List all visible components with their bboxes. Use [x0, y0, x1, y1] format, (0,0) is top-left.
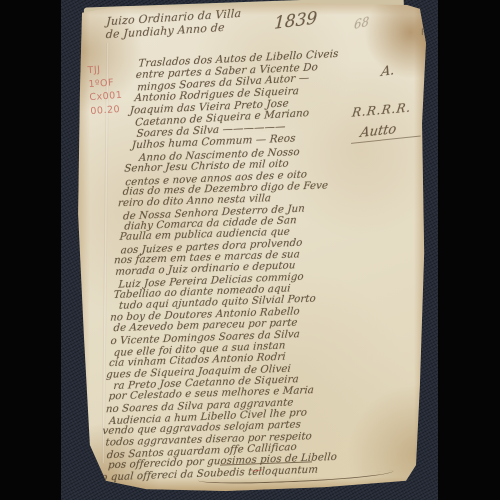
document-heading: Juizo Ordinario da Villa de Jundiahy Ann…: [106, 7, 242, 41]
body-paragraph-1: Traslados dos Autos de Libello Civeisent…: [130, 46, 381, 152]
stamp-line: 00.20: [90, 102, 124, 118]
photo-of-manuscript: Juizo Ordinario da Villa de Jundiahy Ann…: [0, 0, 500, 500]
year-mark: 1839: [274, 8, 318, 34]
body-paragraph-2: Anno do Nascimento de NossoSenhor Jesu C…: [101, 143, 395, 483]
corner-scribble: 68: [354, 14, 370, 32]
archive-stamp: TJJ1ºOFCx00100.20: [87, 62, 124, 118]
manuscript-paper: Juizo Ordinario da Villa de Jundiahy Ann…: [76, 3, 432, 493]
